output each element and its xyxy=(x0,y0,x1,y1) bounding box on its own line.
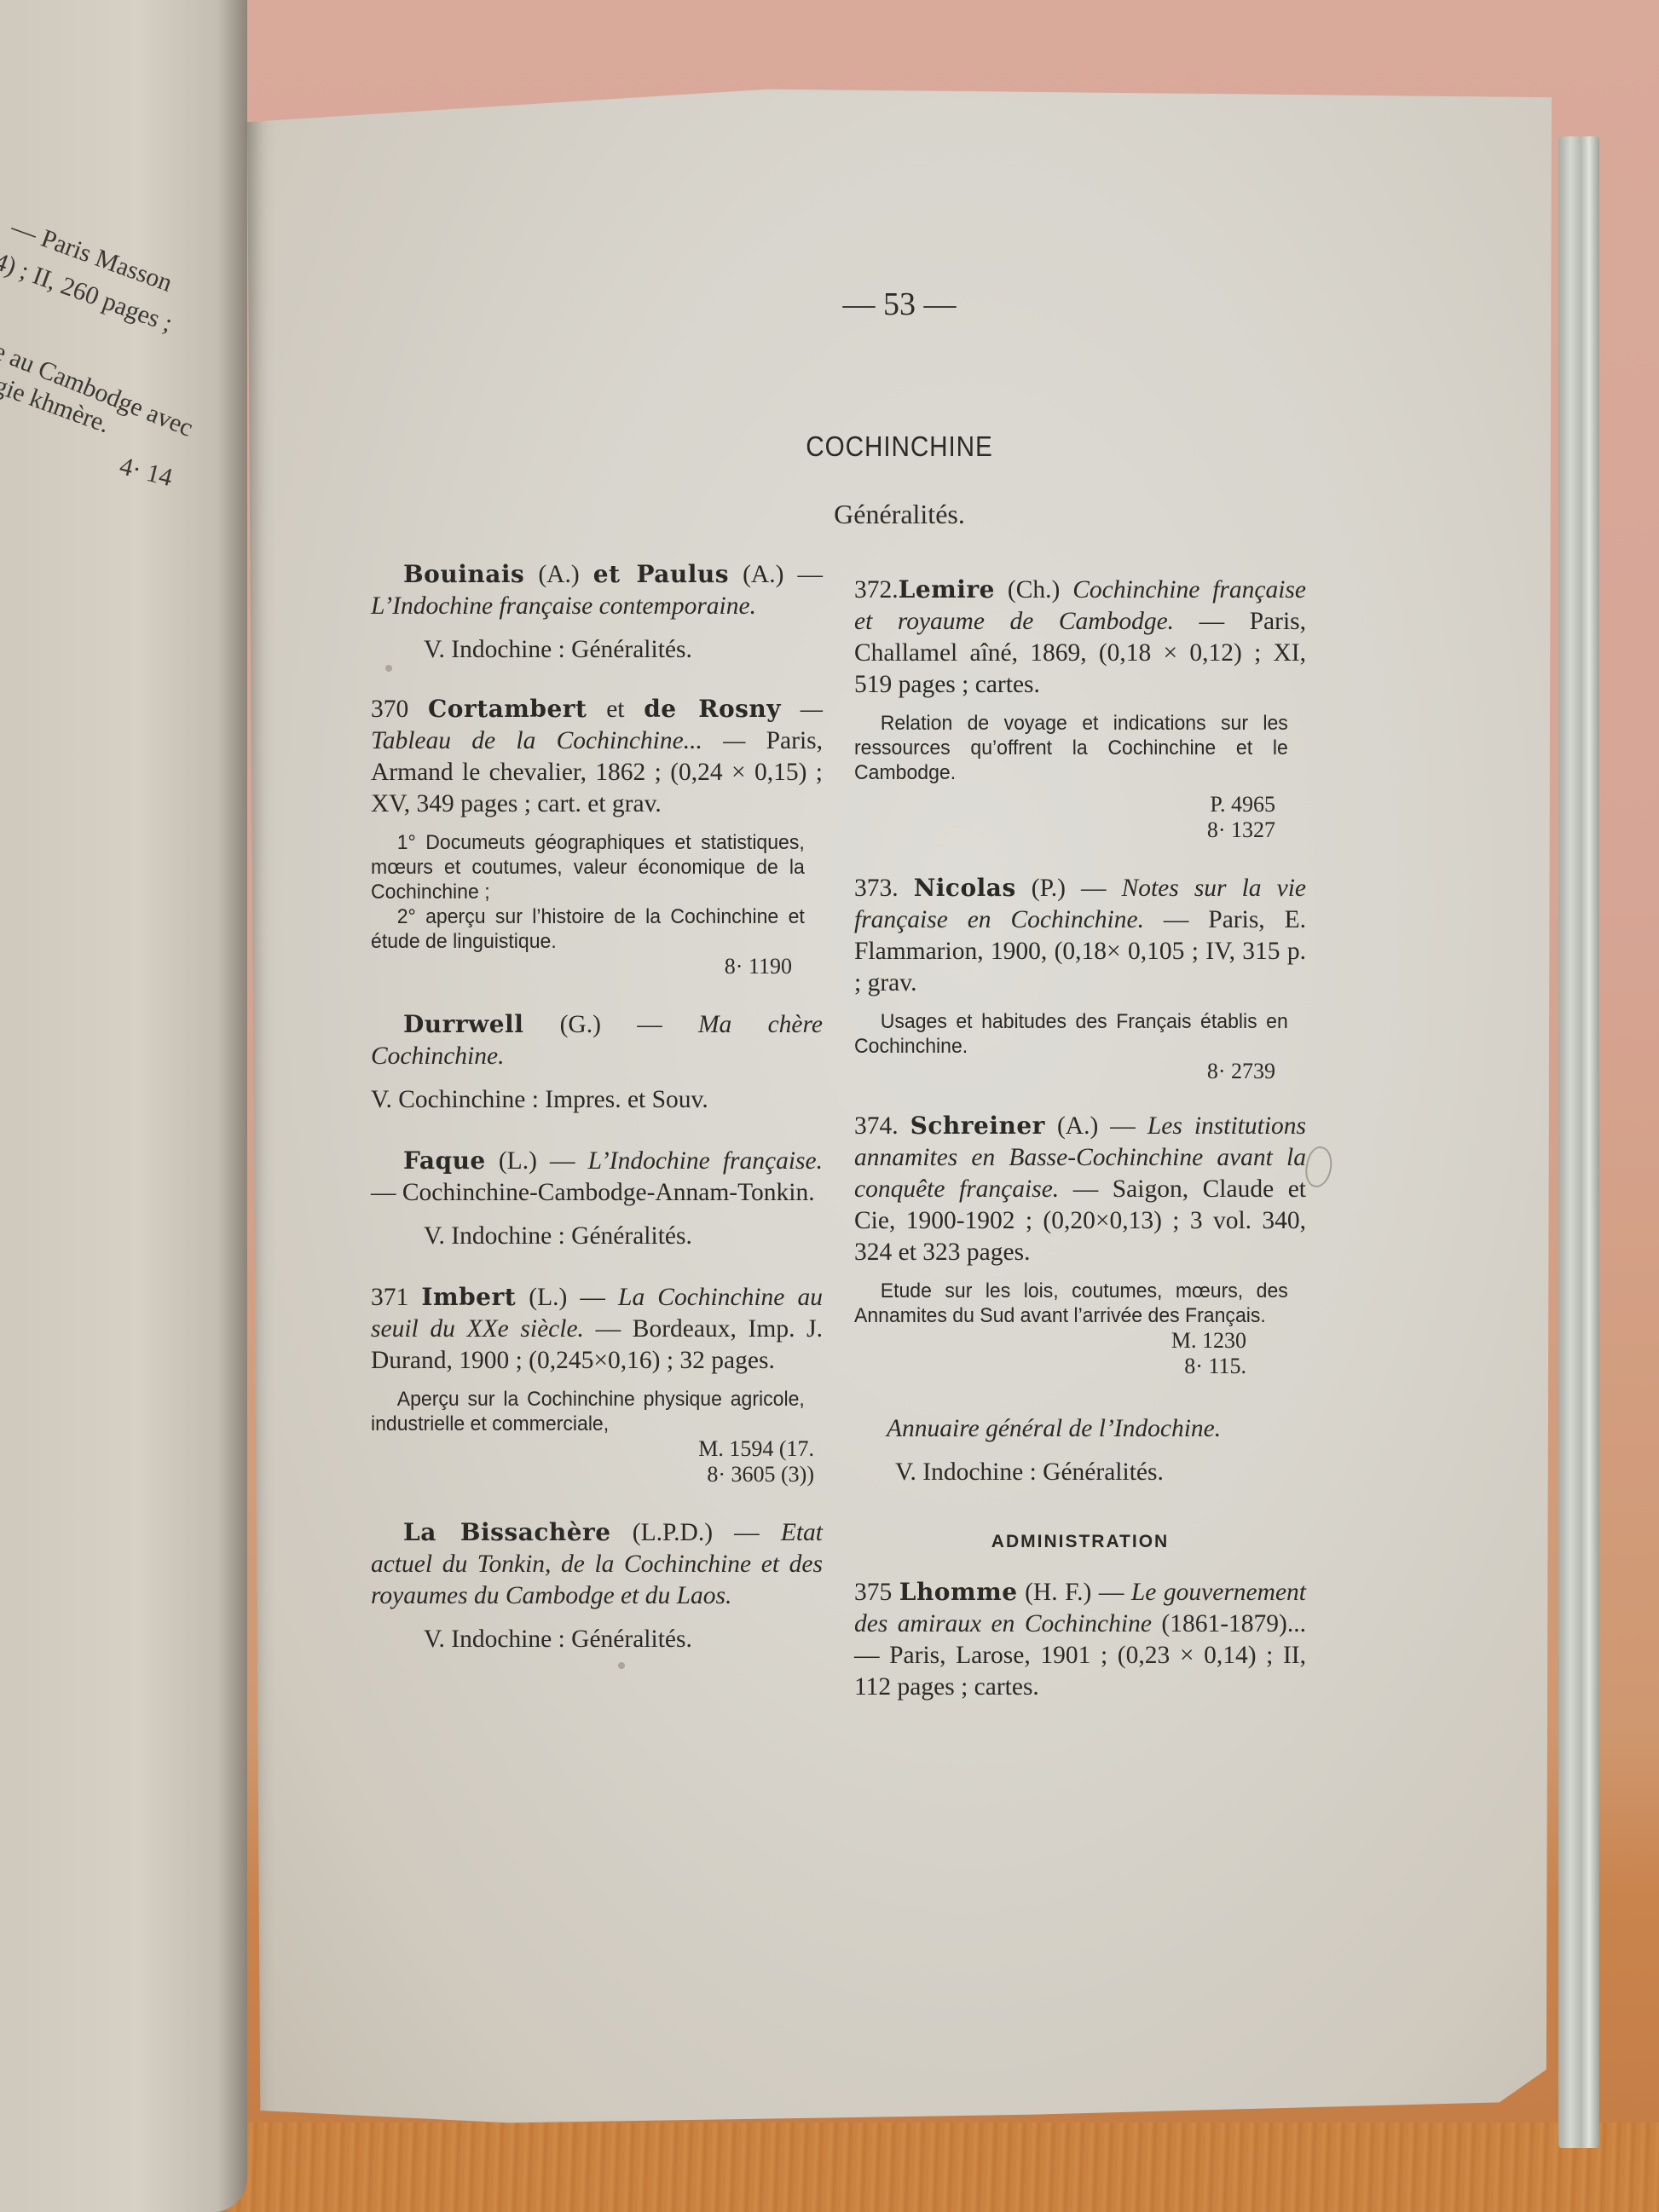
ink-spot xyxy=(385,665,392,672)
bibliography-entry: Bouinais (A.) et Paulus (A.) — L’Indochi… xyxy=(371,558,823,666)
coauthor-initials: (A.) — xyxy=(729,561,823,588)
right-column: 372.Lemire (Ch.) Cochinchine française e… xyxy=(854,574,1306,1722)
entry-note: Aperçu sur la Cochinchine physique agric… xyxy=(371,1387,805,1436)
bibliography-entry: 372.Lemire (Ch.) Cochinchine française e… xyxy=(854,574,1306,843)
shelfmark: 8· 1190 xyxy=(371,954,823,979)
shelfmark: P. 4965 xyxy=(854,792,1306,817)
shelfmark: 8· 115. xyxy=(854,1354,1306,1379)
entry-note: 1° Documeuts géographiques et statistiqu… xyxy=(371,830,805,904)
author-initials: (L.P.D.) — xyxy=(611,1519,781,1546)
author-initials: (G.) — xyxy=(523,1011,698,1038)
author-initials: (A.) xyxy=(524,561,593,588)
book-page: — 53 — COCHINCHINE Généralités. Bouinais… xyxy=(247,81,1552,2131)
see-also: V. Indochine : Généralités. xyxy=(371,634,823,666)
bibliography-entry: Faque (L.) — L’Indochine française. — Co… xyxy=(371,1145,823,1252)
author-initials: (L.) — xyxy=(486,1147,588,1175)
bibliography-entry: 373. Nicolas (P.) — Notes sur la vie fra… xyxy=(854,872,1306,1084)
bibliography-entry: 371 Imbert (L.) — La Cochinchine au seui… xyxy=(371,1281,823,1487)
shelfmark: 8· 2739 xyxy=(854,1059,1306,1084)
bibliography-entry: 375 Lhomme (H. F.) — Le gouvernement des… xyxy=(854,1576,1306,1703)
see-also: V. Indochine : Généralités. xyxy=(371,1221,823,1252)
author-initials: (Ch.) xyxy=(995,576,1072,604)
entry-note: Relation de voyage et indications sur le… xyxy=(854,711,1288,785)
administration-heading: ADMINISTRATION xyxy=(854,1526,1306,1557)
entry-author: Lhomme xyxy=(899,1578,1018,1606)
subsection-title: Généralités. xyxy=(247,499,1552,530)
entry-note: 2° aperçu sur l’histoire de la Cochinchi… xyxy=(371,904,805,954)
author-initials: (H. F.) — xyxy=(1018,1579,1131,1606)
previous-page-fragment: — Paris Masson 4) ; II, 260 pages ; e au… xyxy=(0,0,247,2212)
bibliography-entry: Annuaire général de l’Indochine. V. Indo… xyxy=(854,1413,1306,1488)
bibliography-entry: Durrwell (G.) — Ma chère Cochinchine. V.… xyxy=(371,1008,823,1116)
binding-tape xyxy=(1558,136,1599,2148)
page-number: — 53 — xyxy=(247,286,1552,323)
coauthor-join: et xyxy=(593,560,637,588)
entry-number: 374. xyxy=(854,1112,910,1140)
entry-title: Annuaire général de l’Indochine. xyxy=(887,1415,1221,1442)
pencil-annotation-mark xyxy=(1302,1144,1335,1189)
shelfmark: 8· 3605 (3)) xyxy=(371,1462,823,1487)
entry-author: Bouinais xyxy=(403,560,524,588)
bibliography-entry: 370 Cortambert et de Rosny — Tableau de … xyxy=(371,693,823,979)
entry-number: 373. xyxy=(854,875,914,902)
entry-title: L’Indochine française. xyxy=(588,1147,823,1175)
see-also: V. Cochinchine : Impres. et Souv. xyxy=(371,1084,823,1116)
wooden-table-surface xyxy=(0,2122,1659,2212)
section-title: COCHINCHINE xyxy=(313,430,1487,463)
fragment-shelfmark: 4· 14 xyxy=(117,452,176,493)
author-initials: (A.) — xyxy=(1045,1112,1147,1140)
entry-note: Usages et habitudes des Français établis… xyxy=(854,1009,1288,1059)
entry-note: Etude sur les lois, coutumes, mœurs, des… xyxy=(854,1279,1288,1328)
shelfmark: 8· 1327 xyxy=(854,817,1306,843)
shelfmark: M. 1230 xyxy=(854,1328,1306,1354)
bibliography-entry: La Bissachère (L.P.D.) — Etat actuel du … xyxy=(371,1516,823,1655)
see-also: V. Indochine : Généralités. xyxy=(854,1457,1306,1488)
see-also: V. Indochine : Généralités. xyxy=(371,1624,823,1655)
entry-coauthor: de Rosny xyxy=(644,695,781,723)
entry-author: Faque xyxy=(403,1146,486,1175)
entry-title: L’Indochine française contemporaine. xyxy=(371,592,756,620)
entry-author: Imbert xyxy=(421,1283,516,1311)
entry-author: Durrwell xyxy=(403,1010,523,1038)
entry-coauthor: Paulus xyxy=(636,560,729,588)
entry-number: 372. xyxy=(854,576,899,604)
author-join: et xyxy=(587,696,644,723)
entry-author: La Bissachère xyxy=(403,1518,611,1546)
left-column: Bouinais (A.) et Paulus (A.) — L’Indochi… xyxy=(371,558,823,1674)
entry-number: 370 xyxy=(371,696,428,723)
entry-number: 371 xyxy=(371,1284,421,1311)
shelfmark: M. 1594 (17. xyxy=(371,1436,823,1462)
author-initials: (P.) — xyxy=(1016,875,1122,902)
bibliography-entry: 374. Schreiner (A.) — Les institutions a… xyxy=(854,1110,1306,1379)
entry-publication: — Cochinchine-Cambodge-Annam-Tonkin. xyxy=(371,1179,815,1206)
entry-author: Schreiner xyxy=(910,1112,1045,1140)
entry-author: Lemire xyxy=(899,575,995,604)
author-initials: (L.) — xyxy=(516,1284,618,1311)
ink-spot xyxy=(618,1662,625,1669)
entry-author: Nicolas xyxy=(914,874,1016,902)
entry-number: 375 xyxy=(854,1579,899,1606)
entry-author: Cortambert xyxy=(428,695,587,723)
